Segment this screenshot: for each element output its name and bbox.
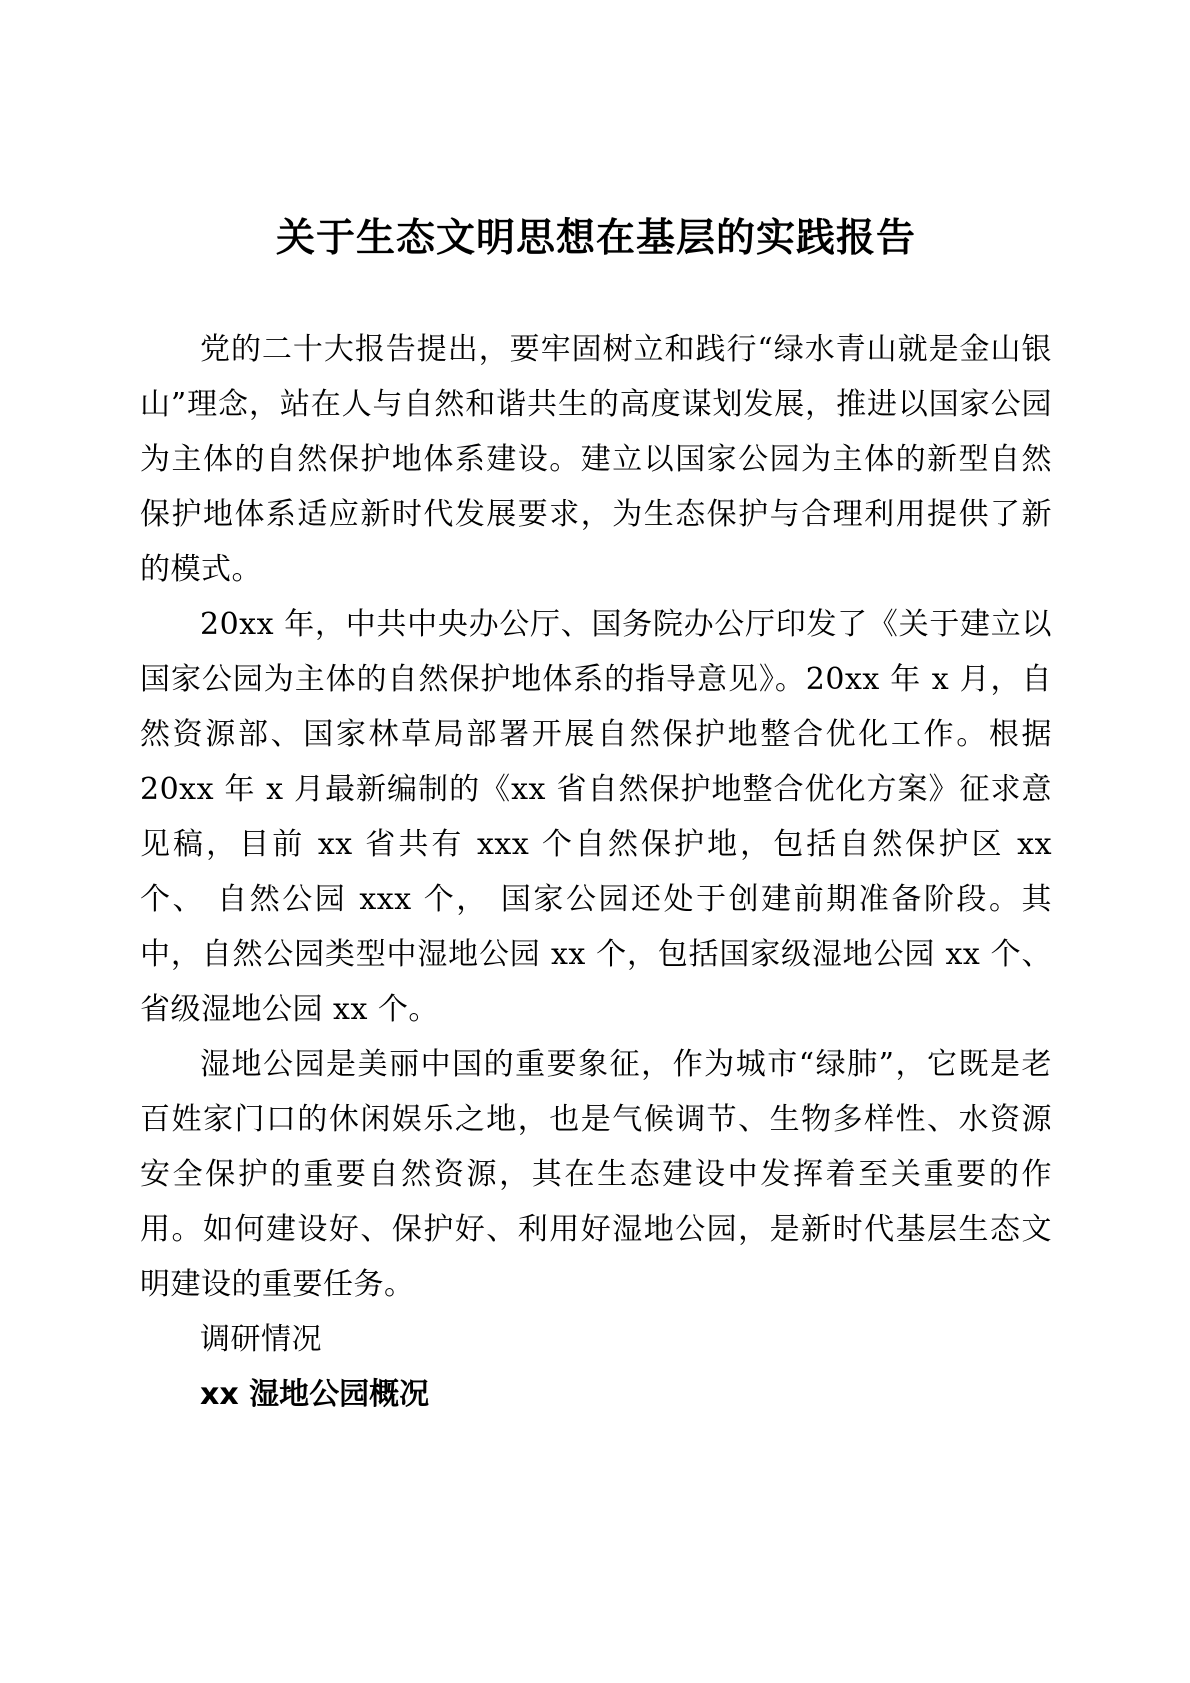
body-paragraph-3: 湿地公园是美丽中国的重要象征，作为城市“绿肺”，它既是老百姓家门口的休闲娱乐之地…: [140, 1037, 1052, 1312]
document-title: 关于生态文明思想在基层的实践报告: [140, 212, 1052, 264]
section-label-survey: 调研情况: [140, 1312, 1052, 1367]
document-page: 关于生态文明思想在基层的实践报告 党的二十大报告提出，要牢固树立和践行“绿水青山…: [0, 0, 1190, 1683]
section-heading-wetland-park-overview: xx 湿地公园概况: [140, 1367, 1052, 1422]
document-content: 关于生态文明思想在基层的实践报告 党的二十大报告提出，要牢固树立和践行“绿水青山…: [140, 212, 1052, 1422]
body-paragraph-1: 党的二十大报告提出，要牢固树立和践行“绿水青山就是金山银山”理念，站在人与自然和…: [140, 322, 1052, 597]
body-paragraph-2: 20xx 年，中共中央办公厅、国务院办公厅印发了《关于建立以国家公园为主体的自然…: [140, 597, 1052, 1037]
